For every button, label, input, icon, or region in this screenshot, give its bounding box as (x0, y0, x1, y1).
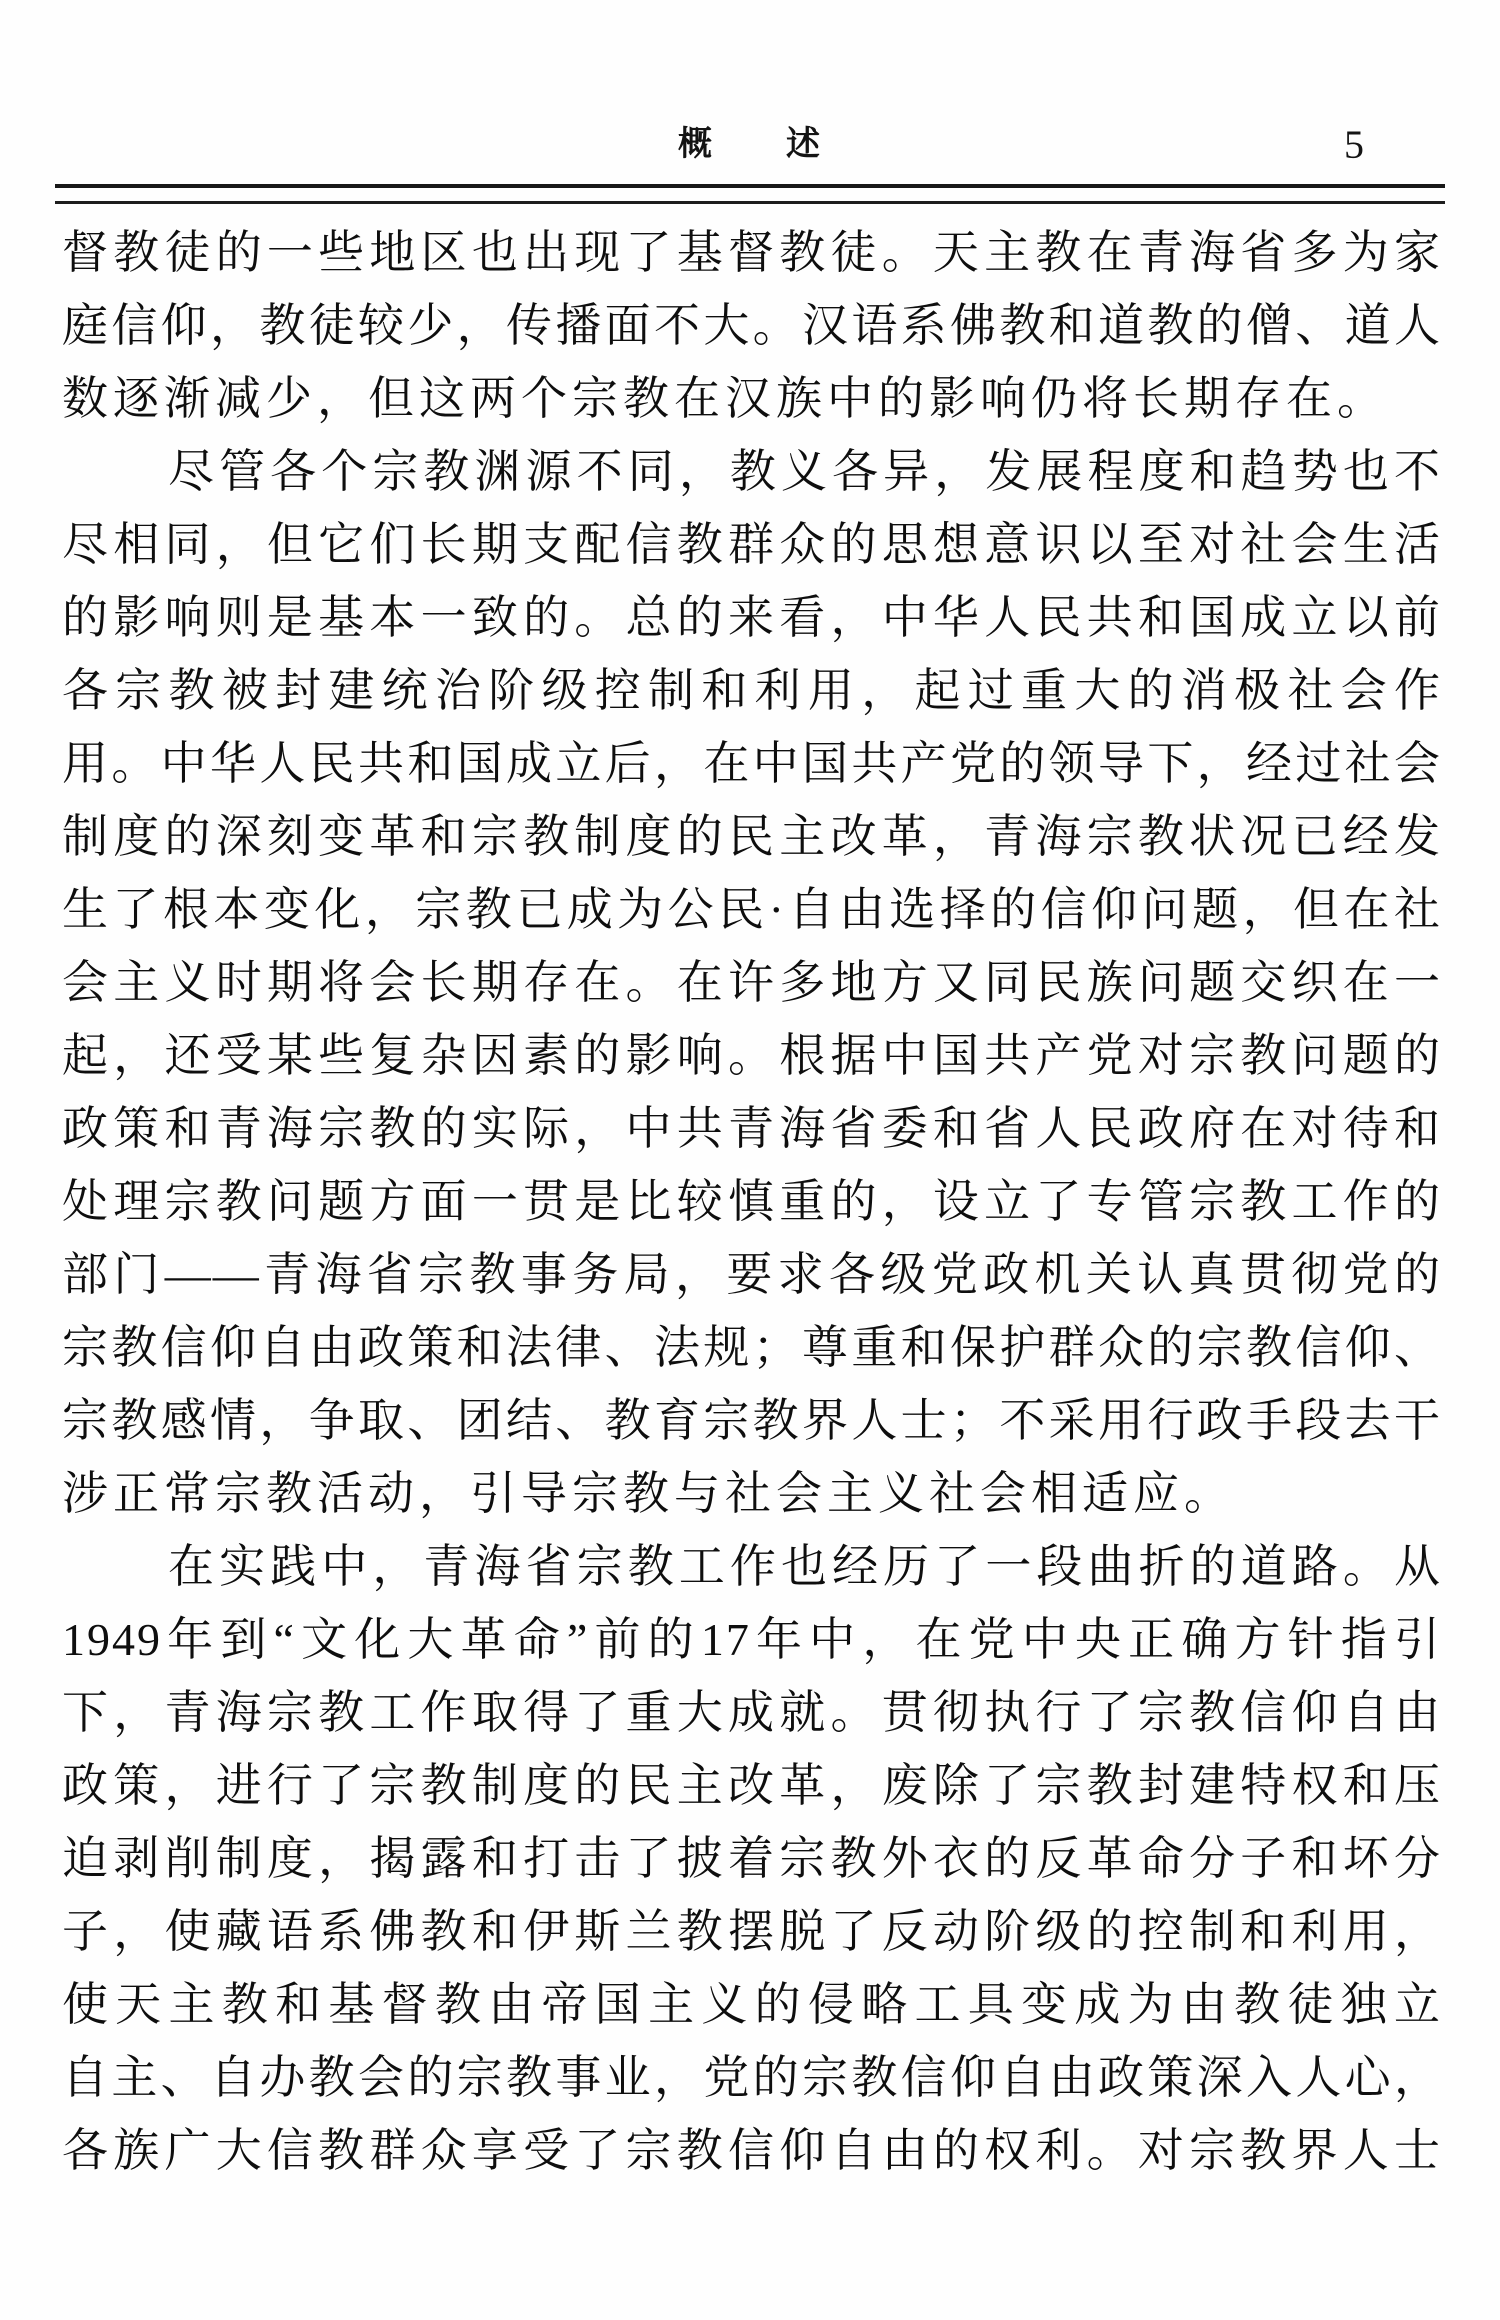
text-line: 各族广大信教群众享受了宗教信仰自由的权利。对宗教界人士 (62, 2114, 1442, 2187)
book-page: 概 述 5 督教徒的一些地区也出现了基督教徒。天主教在青海省多为家 庭信仰，教徒… (0, 0, 1500, 2320)
text-line: 用。中华人民共和国成立后，在中国共产党的领导下，经过社会 (62, 727, 1442, 800)
page-number: 5 (1344, 122, 1364, 168)
text-line: 处理宗教问题方面一贯是比较慎重的，设立了专管宗教工作的 (62, 1165, 1442, 1238)
text-line: 迫剥削制度，揭露和打击了披着宗教外衣的反革命分子和坏分 (62, 1822, 1442, 1895)
text-line: 自主、自办教会的宗教事业，党的宗教信仰自由政策深入人心， (62, 2041, 1442, 2114)
text-line: 制度的深刻变革和宗教制度的民主改革，青海宗教状况已经发 (62, 800, 1442, 873)
text-line: 起，还受某些复杂因素的影响。根据中国共产党对宗教问题的 (62, 1019, 1442, 1092)
text-line: 政策，进行了宗教制度的民主改革，废除了宗教封建特权和压 (62, 1749, 1442, 1822)
text-line: 尽相同，但它们长期支配信教群众的思想意识以至对社会生活 (62, 508, 1442, 581)
text-line: 使天主教和基督教由帝国主义的侵略工具变成为由教徒独立 (62, 1968, 1442, 2041)
chapter-title: 概 述 (62, 122, 1438, 168)
text-line: 部门——青海省宗教事务局，要求各级党政机关认真贯彻党的 (62, 1238, 1442, 1311)
text-line: 会主义时期将会长期存在。在许多地方又同民族问题交织在一 (62, 946, 1442, 1019)
header-divider-rule (55, 184, 1445, 204)
text-line: 宗教信仰自由政策和法律、法规；尊重和保护群众的宗教信仰、 (62, 1311, 1442, 1384)
text-line: 庭信仰，教徒较少，传播面不大。汉语系佛教和道教的僧、道人 (62, 289, 1442, 362)
text-line: 1949年到“文化大革命”前的17年中，在党中央正确方针指引 (62, 1603, 1442, 1676)
text-line: 在实践中，青海省宗教工作也经历了一段曲折的道路。从 (62, 1530, 1442, 1603)
text-line: 数逐渐减少，但这两个宗教在汉族中的影响仍将长期存在。 (62, 362, 1442, 435)
text-line: 子，使藏语系佛教和伊斯兰教摆脱了反动阶级的控制和利用， (62, 1895, 1442, 1968)
text-line: 政策和青海宗教的实际，中共青海省委和省人民政府在对待和 (62, 1092, 1442, 1165)
body-text: 督教徒的一些地区也出现了基督教徒。天主教在青海省多为家 庭信仰，教徒较少，传播面… (62, 216, 1442, 2187)
text-line: 生了根本变化，宗教已成为公民·自由选择的信仰问题，但在社 (62, 873, 1442, 946)
text-line: 下，青海宗教工作取得了重大成就。贯彻执行了宗教信仰自由 (62, 1676, 1442, 1749)
running-header: 概 述 5 (62, 122, 1438, 168)
text-line: 督教徒的一些地区也出现了基督教徒。天主教在青海省多为家 (62, 216, 1442, 289)
text-line: 各宗教被封建统治阶级控制和利用，起过重大的消极社会作 (62, 654, 1442, 727)
text-line: 涉正常宗教活动，引导宗教与社会主义社会相适应。 (62, 1457, 1442, 1530)
text-line: 尽管各个宗教渊源不同，教义各异，发展程度和趋势也不 (62, 435, 1442, 508)
text-line: 的影响则是基本一致的。总的来看，中华人民共和国成立以前 (62, 581, 1442, 654)
text-line: 宗教感情，争取、团结、教育宗教界人士；不采用行政手段去干 (62, 1384, 1442, 1457)
